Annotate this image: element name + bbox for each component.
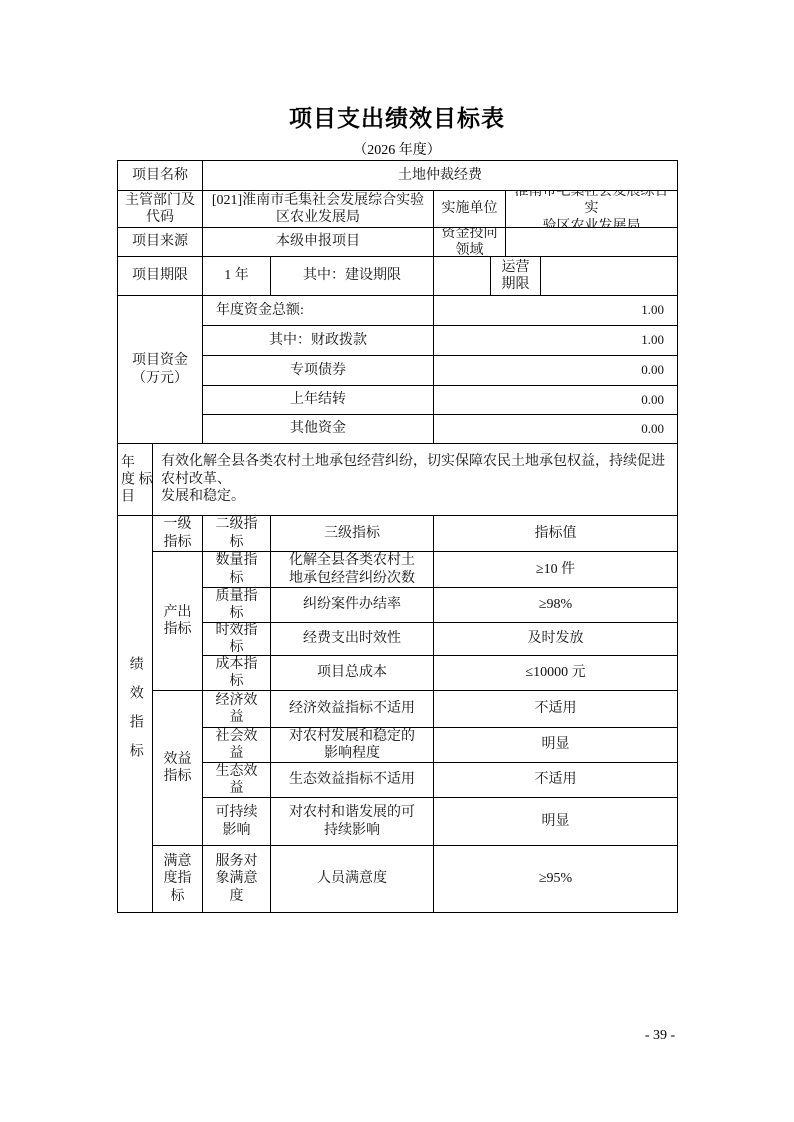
header-value: 指标值 xyxy=(434,516,678,552)
funds-other-value: 0.00 xyxy=(434,415,678,444)
period-value: 1 年 xyxy=(203,257,271,296)
perf-indicators-label: 绩效指标 xyxy=(118,516,153,913)
indicator-row-l3: 生态效益指标不适用 xyxy=(271,763,434,798)
document-page: 项目支出绩效目标表 （2026 年度） 项目名称 土地仲裁经费 主管部门及 代码… xyxy=(0,0,794,1122)
indicator-row-value: ≥98% xyxy=(434,588,678,623)
funds-fiscal-value: 1.00 xyxy=(434,326,678,356)
annual-goal-text: 有效化解全县各类农村土地承包经营纠纷，切实保障农民土地承包权益，持续促进农村改革… xyxy=(153,444,678,516)
source-label: 项目来源 xyxy=(118,228,203,257)
indicator-row-l3: 经济效益指标不适用 xyxy=(271,691,434,728)
header-level2: 二级指 标 xyxy=(203,516,271,552)
page-number: - 39 - xyxy=(600,1028,720,1044)
indicator-row-value: 不适用 xyxy=(434,691,678,728)
indicator-row-value: 明显 xyxy=(434,728,678,763)
performance-target-table: 项目名称 土地仲裁经费 主管部门及 代码 [021]淮南市毛集社会发展综合实验 … xyxy=(117,160,678,913)
funds-total-value: 1.00 xyxy=(434,296,678,326)
funds-carryover-value: 0.00 xyxy=(434,386,678,415)
funds-bond-label: 专项债券 xyxy=(203,356,434,386)
dept-value: [021]淮南市毛集社会发展综合实验 区农业发展局 xyxy=(203,191,434,228)
indicator-row-l2: 服务对 象满意 度 xyxy=(203,846,271,913)
indicator-row-l2: 成本指 标 xyxy=(203,656,271,691)
document-subtitle: （2026 年度） xyxy=(0,139,794,159)
indicator-row-l2: 经济效 益 xyxy=(203,691,271,728)
header-level1: 一级 指标 xyxy=(153,516,203,552)
indicator-row-value: 不适用 xyxy=(434,763,678,798)
impl-unit-value: 淮南市毛集社会发展综合实 验区农业发展局 xyxy=(506,191,678,228)
period-label: 项目期限 xyxy=(118,257,203,296)
indicator-row-value: ≤10000 元 xyxy=(434,656,678,691)
source-value: 本级申报项目 xyxy=(203,228,434,257)
funds-carryover-label: 上年结转 xyxy=(203,386,434,415)
indicator-row-l3: 对农村和谐发展的可 持续影响 xyxy=(271,798,434,846)
group-benefit-label: 效益 指标 xyxy=(153,691,203,846)
indicator-row-l2: 可持续 影响 xyxy=(203,798,271,846)
header-level3: 三级指标 xyxy=(271,516,434,552)
indicator-row-l3: 经费支出时效性 xyxy=(271,623,434,656)
oper-period-value xyxy=(541,257,678,296)
indicator-row-l3: 项目总成本 xyxy=(271,656,434,691)
impl-unit-label: 实施单位 xyxy=(434,191,506,228)
document-title: 项目支出绩效目标表 xyxy=(0,100,794,133)
build-period-value xyxy=(434,257,491,296)
indicator-row-value: ≥95% xyxy=(434,846,678,913)
fund-field-value xyxy=(506,228,678,257)
funds-other-label: 其他资金 xyxy=(203,415,434,444)
funds-total-label: 年度资金总额: xyxy=(203,296,434,326)
indicator-row-l2: 时效指 标 xyxy=(203,623,271,656)
build-period-label: 其中：建设期限 xyxy=(271,257,434,296)
oper-period-label: 运营 期限 xyxy=(491,257,541,296)
indicator-row-value: 及时发放 xyxy=(434,623,678,656)
indicator-row-l3: 纠纷案件办结率 xyxy=(271,588,434,623)
funds-fiscal-label: 其中：财政拨款 xyxy=(203,326,434,356)
dept-label: 主管部门及 代码 xyxy=(118,191,203,228)
indicator-row-value: ≥10 件 xyxy=(434,552,678,588)
funds-group-label: 项目资金 （万元） xyxy=(118,296,203,444)
project-name-label: 项目名称 xyxy=(118,161,203,191)
indicator-row-l3: 对农村发展和稳定的 影响程度 xyxy=(271,728,434,763)
indicator-row-l2: 社会效 益 xyxy=(203,728,271,763)
annual-goal-label: 年度目标 xyxy=(118,444,153,516)
indicator-row-l2: 生态效 益 xyxy=(203,763,271,798)
group-satisfaction-label: 满意 度指 标 xyxy=(153,846,203,913)
indicator-row-l2: 数量指 标 xyxy=(203,552,271,588)
fund-field-label: 资金投向 领域 xyxy=(434,228,506,257)
group-output-label: 产出 指标 xyxy=(153,552,203,691)
indicator-row-value: 明显 xyxy=(434,798,678,846)
funds-bond-value: 0.00 xyxy=(434,356,678,386)
indicator-row-l2: 质量指 标 xyxy=(203,588,271,623)
project-name-value: 土地仲裁经费 xyxy=(203,161,678,191)
indicator-row-l3: 人员满意度 xyxy=(271,846,434,913)
indicator-row-l3: 化解全县各类农村土 地承包经营纠纷次数 xyxy=(271,552,434,588)
